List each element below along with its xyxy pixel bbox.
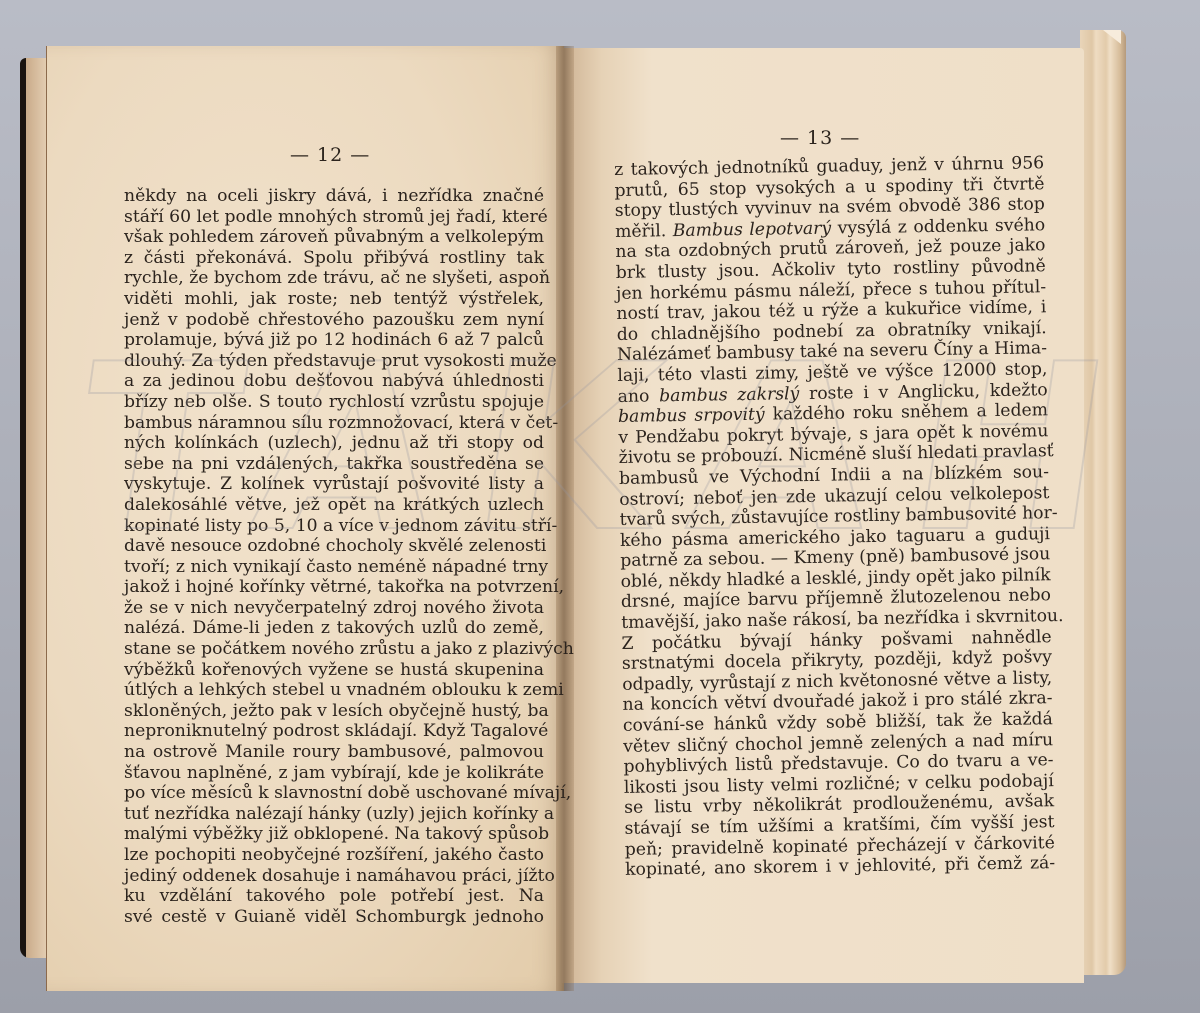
text-line: prolamuje, bývá již po 12 hodinách 6 až …: [124, 330, 544, 351]
text-line: na ostrově Manile roury bambusové, palmo…: [124, 742, 544, 763]
text-line: výběžků kořenových vyžene se hustá skupe…: [124, 660, 544, 681]
text-line: jenž v podobě chřestového pazoušku zem n…: [124, 310, 544, 331]
text-line: vyskytuje. Z kolínek vyrůstají pošvovité…: [124, 474, 544, 495]
page-corner-fold: [1103, 30, 1121, 44]
text-line: nalézá. Dáme-li jeden z takových uzlů do…: [124, 618, 544, 639]
text-line: a za jedinou dobu dešťovou nabývá úhledn…: [124, 371, 544, 392]
text-line: neproniknutelný podrost skládají. Když T…: [124, 721, 544, 742]
text-line: davě nesouce ozdobné chocholy skvělé zel…: [124, 536, 544, 557]
right-page-stack: [1080, 30, 1126, 975]
text-line: kopinaté listy po 5, 10 a více v jednom …: [124, 516, 544, 537]
text-line: po více měsíců k slavnostní době uschova…: [124, 783, 544, 804]
book-spread: — 12 — — 13 — někdy na oceli jiskry dává…: [0, 0, 1200, 1013]
text-line: sebe na pni vzdálených, takřka soustředě…: [124, 454, 544, 475]
text-line: břízy neb olše. S touto rychlostí vzrůst…: [124, 392, 544, 413]
text-line: dalekosáhlé větve, jež opět na krátkých …: [124, 495, 544, 516]
text-line: skloněných, ježto pak v lesích obyčejně …: [124, 701, 544, 722]
text-line: šťavou naplněné, z jam vybírají, kde je …: [124, 763, 544, 784]
text-line: stane se počátkem nového zrůstu a jako z…: [124, 639, 544, 660]
text-line: jakož i hojné kořínky větrné, takořka na…: [124, 577, 544, 598]
text-line: dlouhý. Za týden představuje prut vysoko…: [124, 351, 544, 372]
text-line: malými výběžky již obklopené. Na takový …: [124, 824, 544, 845]
text-line: však pohledem zároveň půvabným a velkole…: [124, 227, 544, 248]
page-number-left: — 12 —: [290, 144, 370, 166]
text-line: z části překonává. Spolu přibývá rostlin…: [124, 248, 544, 269]
text-line: někdy na oceli jiskry dává, i nezřídka z…: [124, 186, 544, 207]
text-line: rychle, že bychom zde trávu, ač ne slyše…: [124, 268, 544, 289]
text-line: ných kolínkách (uzlech), jednu až tři st…: [124, 433, 544, 454]
left-page-text: někdy na oceli jiskry dává, i nezřídka z…: [124, 186, 544, 927]
text-line: bambus náramnou sílu rozmnožovací, která…: [124, 413, 544, 434]
text-line: jediný oddenek dosahuje i namáhavou prác…: [124, 866, 544, 887]
text-line: tvoří; z nich vynikají často neméně nápa…: [124, 557, 544, 578]
text-line: tuť nezřídka nalézají hánky (uzly) jejic…: [124, 804, 544, 825]
text-line: lze pochopiti neobyčejné rozšíření, jaké…: [124, 845, 544, 866]
text-line: ku vzdělání takového pole potřebí jest. …: [124, 886, 544, 907]
page-number-right: — 13 —: [780, 127, 860, 149]
text-line: stáří 60 let podle mnohých stromů jej řa…: [124, 207, 544, 228]
text-line: útlých a lehkých stebel u vnadném oblouk…: [124, 680, 544, 701]
text-line: své cestě v Guianě viděl Schomburgk jedn…: [124, 907, 544, 928]
book-gutter: [556, 46, 574, 991]
text-line: viděti mohli, jak roste; neb tentýž výst…: [124, 289, 544, 310]
right-page-text: z takových jednotníků guaduy, jenž v úhr…: [614, 153, 1055, 880]
text-line: že se v nich nevyčerpatelný zdroj nového…: [124, 598, 544, 619]
